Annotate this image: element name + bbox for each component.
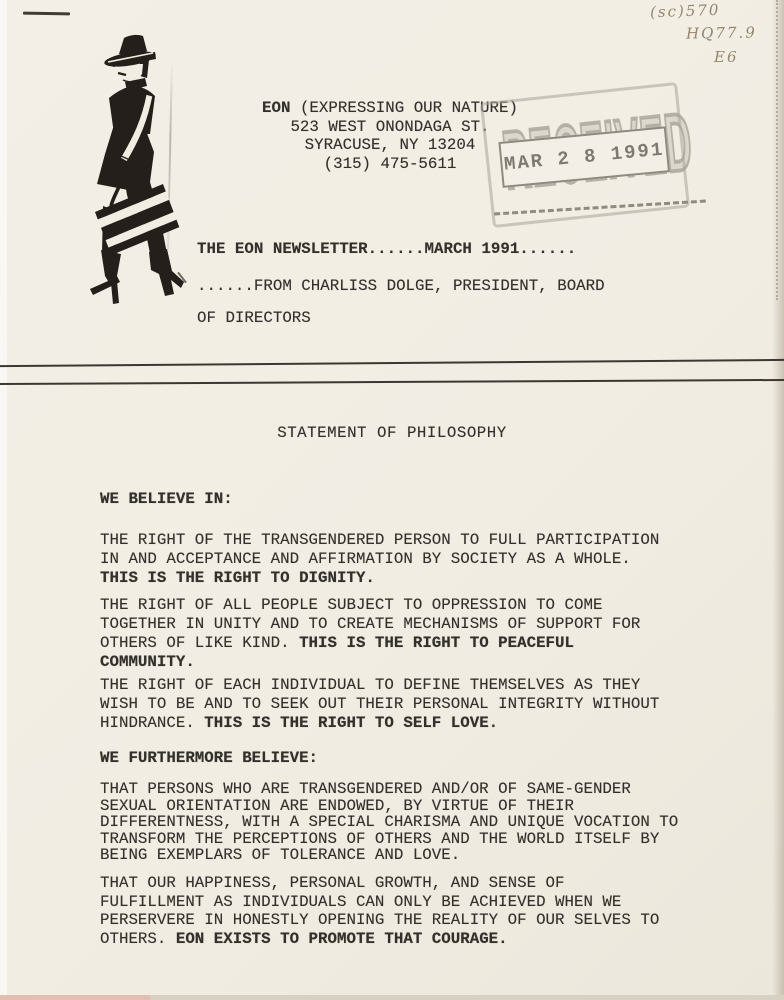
section-heading: WE BELIEVE IN: bbox=[100, 490, 728, 509]
masthead-byline-2: OF DIRECTORS bbox=[197, 309, 311, 327]
library-mark: (sc)570 bbox=[650, 1, 721, 21]
woman-with-striped-bag-icon bbox=[70, 34, 212, 314]
scan-edge-right bbox=[772, 0, 784, 1000]
received-stamp-date: MAR 2 8 1991 bbox=[503, 139, 665, 176]
paragraph: THE RIGHT OF ALL PEOPLE SUBJECT TO OPPRE… bbox=[100, 596, 728, 672]
section-heading: WE FURTHERMORE BELIEVE: bbox=[100, 749, 728, 768]
paragraph: THAT PERSONS WHO ARE TRANSGENDERED AND/O… bbox=[100, 781, 728, 864]
library-mark: E6 bbox=[714, 48, 739, 66]
org-name: EON bbox=[262, 99, 290, 117]
scan-edge-bottom-tint bbox=[0, 995, 150, 1000]
masthead-title: THE EON NEWSLETTER......MARCH 1991...... bbox=[197, 240, 576, 258]
library-mark: HQ77.9 bbox=[686, 23, 757, 42]
masthead-byline-1: ......FROM CHARLISS DOLGE, PRESIDENT, BO… bbox=[197, 277, 605, 295]
page-title: STATEMENT OF PHILOSOPHY bbox=[0, 424, 784, 442]
paragraph: THAT OUR HAPPINESS, PERSONAL GROWTH, AND… bbox=[100, 874, 728, 948]
divider-line-top bbox=[0, 359, 784, 367]
scanned-newsletter-page: (sc)570 HQ77.9 E6 bbox=[0, 0, 784, 1000]
scan-edge-noise bbox=[776, 0, 778, 300]
pen-mark bbox=[23, 12, 70, 16]
scan-edge-left bbox=[0, 0, 7, 1000]
paragraph: THE RIGHT OF EACH INDIVIDUAL TO DEFINE T… bbox=[100, 676, 728, 733]
divider-line-bottom bbox=[0, 379, 784, 385]
paragraph: THE RIGHT OF THE TRANSGENDERED PERSON TO… bbox=[100, 531, 728, 588]
